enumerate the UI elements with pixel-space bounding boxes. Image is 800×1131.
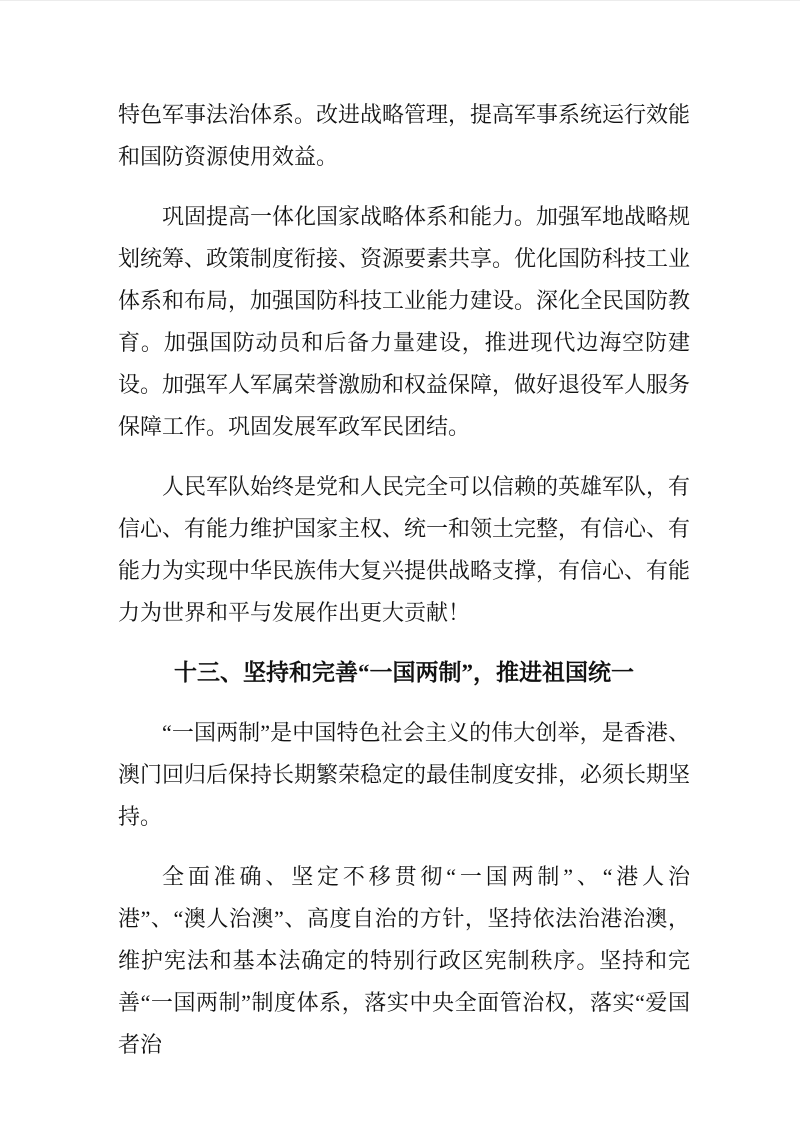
document-page: 特色军事法治体系。改进战略管理，提高军事系统运行效能和国防资源使用效益。 巩固提… <box>0 1 800 1066</box>
paragraph-peoples-army: 人民军队始终是党和人民完全可以信赖的英雄军队，有信心、有能力维护国家主权、统一和… <box>118 466 690 634</box>
paragraph-national-strategic-system: 巩固提高一体化国家战略体系和能力。加强军地战略规划统筹、政策制度衔接、资源要素共… <box>118 196 690 448</box>
paragraph-one-country-two-systems: “一国两制”是中国特色社会主义的伟大创举，是香港、澳门回归后保持长期繁荣稳定的最… <box>118 712 690 838</box>
section-heading-thirteen: 十三、坚持和完善“一国两制”，推进祖国统一 <box>118 652 690 694</box>
paragraph-hk-macao-governance: 全面准确、坚定不移贯彻“一国两制”、“港人治港”、“澳人治澳”、高度自治的方针，… <box>118 856 690 1066</box>
paragraph-military-law-continuation: 特色军事法治体系。改进战略管理，提高军事系统运行效能和国防资源使用效益。 <box>118 94 690 178</box>
